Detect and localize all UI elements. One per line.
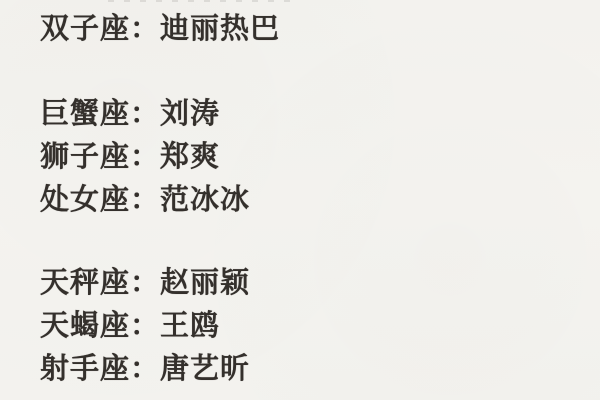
zodiac-label: 双子座 — [40, 13, 130, 45]
list-item-cancer: 巨蟹座：刘涛 — [40, 93, 580, 136]
zodiac-label: 狮子座 — [40, 141, 130, 173]
celebrity-name: 唐艺昕 — [160, 353, 250, 385]
celebrity-name: 刘涛 — [160, 98, 220, 130]
list-item-virgo: 处女座：范冰冰 — [40, 179, 580, 222]
zodiac-list-page: 双子座：迪丽热巴 巨蟹座：刘涛 狮子座：郑爽 处女座：范冰冰 天秤座：赵丽颖 天… — [0, 0, 600, 400]
list-item-gemini: 双子座：迪丽热巴 — [40, 8, 580, 51]
list-item-libra: 天秤座：赵丽颖 — [40, 262, 580, 305]
zodiac-label: 射手座 — [40, 353, 130, 385]
colon-separator: ： — [130, 98, 160, 130]
zodiac-label: 天蝎座 — [40, 310, 130, 342]
list-item-sagittarius: 射手座：唐艺昕 — [40, 348, 580, 391]
colon-separator: ： — [130, 353, 160, 385]
colon-separator: ： — [130, 13, 160, 45]
colon-separator: ： — [130, 310, 160, 342]
celebrity-name: 范冰冰 — [160, 184, 250, 216]
cropped-text-remnant — [108, 0, 298, 2]
celebrity-name: 迪丽热巴 — [160, 13, 280, 45]
zodiac-list: 双子座：迪丽热巴 巨蟹座：刘涛 狮子座：郑爽 处女座：范冰冰 天秤座：赵丽颖 天… — [40, 8, 580, 391]
celebrity-name: 郑爽 — [160, 141, 220, 173]
zodiac-label: 天秤座 — [40, 267, 130, 299]
zodiac-label: 处女座 — [40, 184, 130, 216]
list-item-scorpio: 天蝎座：王鸥 — [40, 305, 580, 348]
celebrity-name: 王鸥 — [160, 310, 220, 342]
colon-separator: ： — [130, 141, 160, 173]
colon-separator: ： — [130, 184, 160, 216]
zodiac-label: 巨蟹座 — [40, 98, 130, 130]
list-item-leo: 狮子座：郑爽 — [40, 136, 580, 179]
colon-separator: ： — [130, 267, 160, 299]
celebrity-name: 赵丽颖 — [160, 267, 250, 299]
